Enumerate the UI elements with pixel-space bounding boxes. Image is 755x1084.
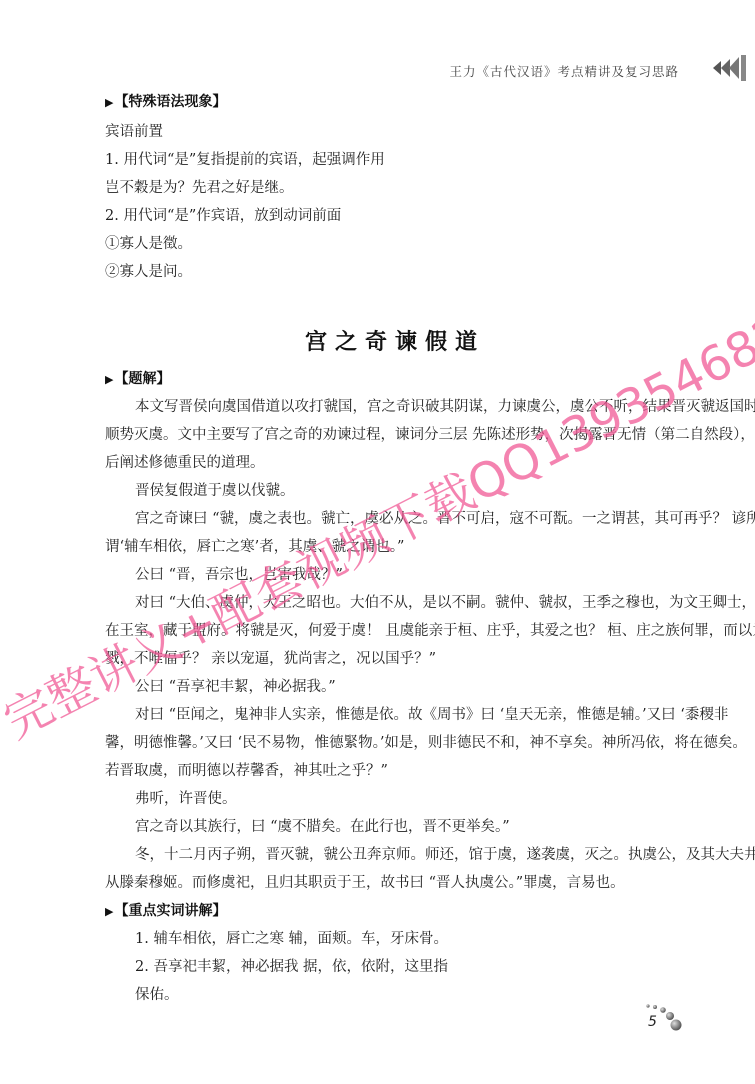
triangle-bullet-icon: ▶ — [105, 96, 113, 109]
text-line: 保佑。 — [135, 988, 179, 1003]
text-line: 弗听，许晋使。 — [135, 792, 237, 807]
text-line: 岂不穀是为？先君之好是继。 — [105, 181, 294, 196]
running-header: 王力《古代汉语》考点精讲及复习思路 — [449, 62, 679, 80]
text-line: 晋侯复假道于虞以伐虢。 — [135, 484, 295, 499]
page-number: 5 — [648, 1014, 657, 1030]
text-line: ①寡人是徵。 — [105, 237, 192, 252]
text-line: 顺势灭虞。文中主要写了宫之奇的劝谏过程，谏词分三层 先陈述形势，次揭露晋无情（第… — [105, 428, 755, 443]
section-heading-text: 【题解】 — [114, 371, 170, 387]
section-heading-grammar: ▶【特殊语法现象】 — [105, 95, 226, 109]
text-line: 宫之奇谏曰 “虢，虞之表也。虢亡，虞必从之。晋不可启，寇不可翫。一之谓甚，其可再… — [135, 512, 755, 527]
section-heading-vocab: ▶【重点实词讲解】 — [105, 904, 226, 918]
article-title: 宫之奇谏假道 — [105, 325, 685, 356]
text-line: 谓‘辅车相依，唇亡之寒’者，其虞、虢之谓也。” — [105, 540, 404, 555]
text-line: 从滕秦穆姬。而修虞祀，且归其职贡于王，故书曰 “晋人执虞公。”罪虞，言易也。 — [105, 876, 625, 891]
text-line: 1. 用代词“是”复指提前的宾语，起强调作用 — [105, 153, 385, 168]
text-line: 对曰 “臣闻之，鬼神非人实亲，惟德是依。故《周书》曰 ‘皇天无亲，惟德是辅。’又… — [135, 708, 728, 723]
section-heading-text: 【特殊语法现象】 — [114, 94, 226, 110]
text-line: 后阐述修德重民的道理。 — [105, 456, 265, 471]
text-line: 2. 吾享祀丰絜，神必据我 据，依，依附，这里指 — [135, 960, 448, 975]
text-line: 公曰 “吾享祀丰絜，神必据我。” — [135, 680, 336, 695]
triangle-bullet-icon: ▶ — [105, 373, 113, 386]
section-heading-text: 【重点实词讲解】 — [114, 903, 226, 919]
text-line: 馨，明德惟馨。’又曰 ‘民不易物，惟德緊物。’如是，则非德民不和，神不享矣。神所… — [105, 736, 747, 751]
text-line: ②寡人是问。 — [105, 265, 192, 280]
text-line: 戮，不唯偪乎？ 亲以宠逼，犹尚害之，况以国乎？” — [105, 652, 436, 667]
text-line: 2. 用代词“是”作宾语，放到动词前面 — [105, 209, 341, 224]
text-line: 宾语前置 — [105, 125, 163, 140]
text-line: 本文写晋侯向虞国借道以攻打虢国，宫之奇识破其阴谋，力谏虞公，虞公不听，结果晋灭虢… — [135, 400, 755, 415]
text-line: 宫之奇以其族行，曰 “虞不腊矣。在此行也，晋不更举矣。” — [135, 820, 510, 835]
triangle-bullet-icon: ▶ — [105, 905, 113, 918]
text-line: 公曰 “晋，吾宗也，岂害我哉？” — [135, 568, 343, 583]
text-line: 冬，十二月丙子朔，晋灭虢，虢公丑奔京师。师还，馆于虞，遂袭虞，灭之。执虞公，及其… — [135, 848, 755, 863]
section-heading-intro: ▶【题解】 — [105, 372, 170, 386]
text-line: 对曰 “大伯、虞仲，大王之昭也。大伯不从，是以不嗣。虢仲、虢叔，王季之穆也，为文… — [135, 596, 755, 611]
text-line: 若晋取虞，而明德以荐馨香，神其吐之乎？” — [105, 764, 388, 779]
triple-left-arrow-icon — [711, 55, 749, 81]
text-line: 1. 辅车相依，唇亡之寒 辅，面颊。车，牙床骨。 — [135, 932, 448, 947]
text-line: 在王室，藏于盟府。将虢是灭，何爱于虞！ 且虞能亲于桓、庄乎，其爱之也？ 桓、庄之… — [105, 624, 755, 639]
book-title: 王力《古代汉语》考点精讲及复习思路 — [449, 62, 679, 80]
